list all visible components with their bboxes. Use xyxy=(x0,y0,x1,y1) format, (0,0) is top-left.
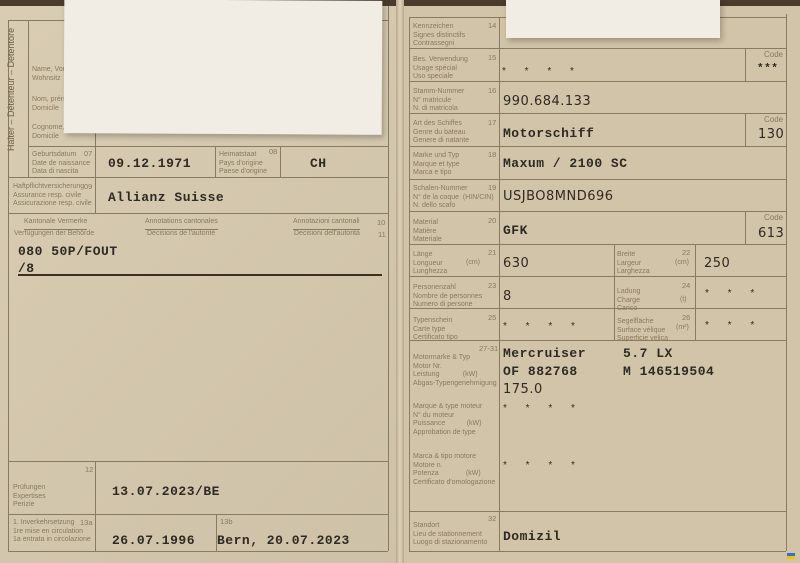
make-type-label: Marke und Typ Marque et type Marca e tip… xyxy=(413,152,460,178)
engine-power: 175.0 xyxy=(503,382,543,397)
material-code: 613 xyxy=(758,226,784,241)
decisions-label-de: Verfügungen der Behörde xyxy=(14,230,94,239)
insurance-value: Allianz Suisse xyxy=(108,190,224,205)
field-number: 14 xyxy=(488,21,496,30)
boat-kind-label: Art des Schiffes Genre du bateau Genere … xyxy=(413,120,469,146)
type-cert-label: Typenschein Carte type Certificato tipo xyxy=(413,317,458,343)
frame-line xyxy=(409,179,786,180)
engine-number-2: M 146519504 xyxy=(623,364,714,379)
field-number: 09 xyxy=(84,182,92,191)
frame-line xyxy=(8,551,388,552)
field-number: 15 xyxy=(488,53,496,62)
field-number: 16 xyxy=(488,86,496,95)
annotation-line-1: 080 50P/FOUT xyxy=(18,244,118,259)
annotation-underline xyxy=(18,274,382,276)
code-label: Code xyxy=(764,213,783,222)
field-number: 22 xyxy=(682,248,690,257)
first-registration-value: 26.07.1996 xyxy=(112,533,195,548)
field-number: 11 xyxy=(378,230,386,239)
frame-line xyxy=(280,146,281,177)
location-value: Domizil xyxy=(503,529,561,544)
frame-line xyxy=(409,146,786,147)
sail-area-unit: (m²) xyxy=(676,324,689,333)
insurance-label: Haftpflichtversicherung Assurance resp. … xyxy=(13,183,92,209)
field-number: 20 xyxy=(488,216,496,225)
persons-label: Personenzahl Nombre de personnes Numero … xyxy=(413,284,482,310)
engine-label-it: Marca & tipo motore Motore n. Potenza (k… xyxy=(413,453,495,487)
frame-line xyxy=(8,461,388,462)
right-page: Kennzeichen Signes distinctifs Contrasse… xyxy=(402,6,800,563)
engine-label-de: Motormarke & Typ Motor Nr. Leistung (kW)… xyxy=(413,354,497,388)
corner-flag-icon xyxy=(787,553,795,559)
field-number: 32 xyxy=(488,514,496,523)
field-number: 12 xyxy=(85,465,93,474)
field-number: 13b xyxy=(220,517,233,526)
frame-line xyxy=(409,17,410,551)
engine-stars-it: * * * * xyxy=(503,460,583,471)
frame-line xyxy=(499,17,500,551)
engine-type: 5.7 LX xyxy=(623,346,673,361)
decisions-label-fr: Décisions de l'autorité xyxy=(147,230,215,239)
engine-make: Mercruiser xyxy=(503,346,586,361)
frame-line xyxy=(409,244,786,245)
frame-line xyxy=(409,113,786,114)
frame-line xyxy=(28,20,29,177)
field-number: 26 xyxy=(682,313,690,322)
field-number: 21 xyxy=(488,248,496,257)
type-cert-value: * * * * xyxy=(503,321,583,332)
frame-line xyxy=(8,177,388,178)
page-gutter xyxy=(396,0,404,563)
field-number: 08 xyxy=(269,147,277,156)
inspections-label: Prüfungen Expertises Perizie xyxy=(13,484,46,510)
privacy-cover-sticker xyxy=(64,0,383,135)
boat-kind-code: 130 xyxy=(758,127,784,142)
frame-line xyxy=(95,177,96,213)
field-number: 07 xyxy=(84,149,92,158)
frame-line xyxy=(409,211,786,212)
material-label: Material Matière Materiale xyxy=(413,219,442,245)
length-label: Länge Longueur Lunghezza xyxy=(413,251,447,277)
engine-label-fr: Marque & type moteur N° du moteur Puissa… xyxy=(413,403,482,437)
frame-line xyxy=(409,511,786,512)
length-unit: (cm) xyxy=(466,259,480,268)
engine-number: OF 882768 xyxy=(503,364,578,379)
frame-line xyxy=(388,6,389,551)
special-use-value: * * * * xyxy=(502,66,582,77)
load-unit: (t) xyxy=(680,296,687,305)
boat-kind-value: Motorschiff xyxy=(503,126,594,141)
frame-line xyxy=(8,514,388,515)
field-number: 13a xyxy=(80,518,93,527)
field-number: 10 xyxy=(377,218,385,227)
origin-value: CH xyxy=(310,156,327,171)
frame-line xyxy=(745,48,746,81)
frame-line xyxy=(215,146,216,177)
load-label: Ladung Charge Carico xyxy=(617,288,640,314)
field-number: 24 xyxy=(682,281,690,290)
sail-area-value: * * * xyxy=(705,320,762,331)
birth-date-value: 09.12.1971 xyxy=(108,156,191,171)
matriculation-value: 990.684.133 xyxy=(503,94,591,109)
special-use-code: *** xyxy=(757,63,778,75)
engine-stars-fr: * * * * xyxy=(503,403,583,414)
frame-line xyxy=(695,244,696,340)
issue-place-date: Bern, 20.07.2023 xyxy=(217,533,350,548)
birth-date-label: Geburtsdatum Date de naissance Data di n… xyxy=(32,151,90,177)
load-value: * * * xyxy=(705,288,762,299)
frame-line xyxy=(614,244,615,340)
hull-number-label: Schalen-Nummer N° de la coque (HIN/CIN) … xyxy=(413,185,494,211)
inspections-value: 13.07.2023/BE xyxy=(112,484,220,499)
material-value: GFK xyxy=(503,223,528,238)
location-label: Standort Lieu de stationnement Luogo di … xyxy=(413,522,487,548)
holder-section-title: Halter – Détenteur – Detentore xyxy=(6,11,20,151)
make-type-value: Maxum / 2100 SC xyxy=(503,156,628,171)
frame-line xyxy=(409,551,786,552)
frame-line xyxy=(409,48,786,49)
width-unit: (cm) xyxy=(675,259,689,268)
annotations-label-fr: Annotations cantonales xyxy=(145,218,218,230)
frame-line xyxy=(745,211,746,244)
frame-line xyxy=(95,461,96,551)
privacy-cover-sticker xyxy=(506,0,720,38)
decisions-label-it: Decisioni dell'autorità xyxy=(294,230,360,239)
code-label: Code xyxy=(764,50,783,59)
field-number: 23 xyxy=(488,281,496,290)
frame-line xyxy=(95,132,96,177)
annotations-label-it: Annotazioni cantonali xyxy=(293,218,360,230)
field-number: 27-31 xyxy=(479,344,498,353)
code-label: Code xyxy=(764,115,783,124)
frame-line xyxy=(28,146,388,147)
annotations-label-de: Kantonale Vermerke xyxy=(24,218,87,230)
frame-line xyxy=(409,340,786,341)
frame-line xyxy=(745,113,746,146)
field-number: 19 xyxy=(488,183,496,192)
width-label: Breite Largeur Larghezza xyxy=(617,251,650,277)
frame-line xyxy=(786,14,787,551)
origin-label: Heimatstaat Pays d'origine Paese d'origi… xyxy=(219,151,267,177)
sail-area-label: Segelfläche Surface vélique Superficie v… xyxy=(617,318,668,344)
frame-line xyxy=(8,213,388,214)
plate-label: Kennzeichen Signes distinctifs Contrasse… xyxy=(413,23,465,49)
width-value: 250 xyxy=(704,256,730,271)
field-number: 17 xyxy=(488,118,496,127)
persons-value: 8 xyxy=(503,289,512,304)
hull-number-value: USJBO8MND696 xyxy=(503,189,614,204)
special-use-label: Bes. Verwendung Usage spécial Uso specia… xyxy=(413,56,468,82)
matriculation-label: Stamm-Nummer N° matricule N. di matricol… xyxy=(413,88,464,114)
field-number: 18 xyxy=(488,150,496,159)
length-value: 630 xyxy=(503,256,529,271)
frame-line xyxy=(409,276,786,277)
field-number: 25 xyxy=(488,313,496,322)
